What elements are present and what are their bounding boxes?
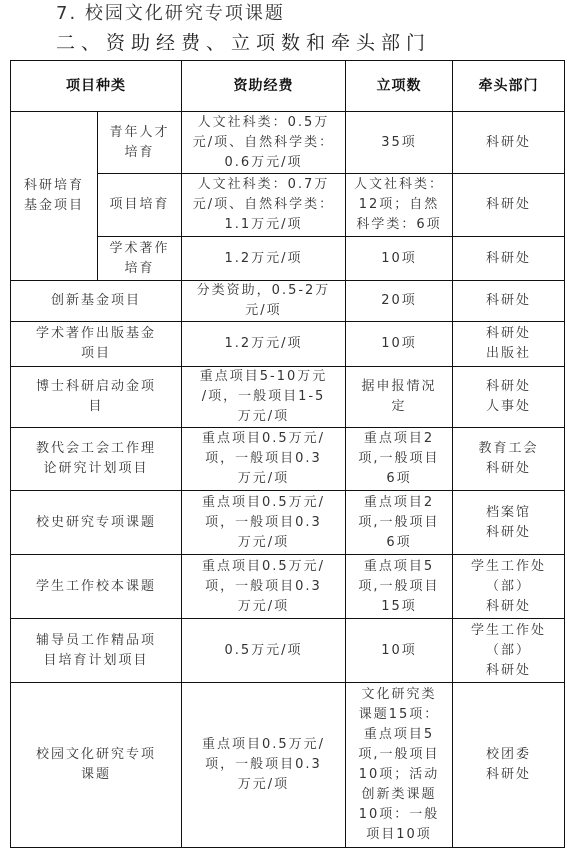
table-row: 科研培育 基金项目 青年人才 培育 人文社科类：0.5万 元/项、自然科学类： … [11, 112, 565, 174]
previous-item-heading: 7. 校园文化研究专项课题 [56, 2, 285, 26]
type-cell: 辅导员工作精品项 目培育计划项目 [11, 619, 182, 683]
funding-cell: 人文社科类：0.5万 元/项、自然科学类： 0.6万元/项 [182, 112, 346, 174]
table-row: 教代会工会工作理 论研究计划项目 重点项目0.5万元/ 项，一般项目0.3 万元… [11, 428, 565, 491]
count-cell: 10项 [346, 322, 453, 367]
table-row: 学术著作出版基金 项目 1.2万元/项 10项 科研处 出版社 [11, 322, 565, 367]
dept-cell: 学生工作处 （部） 科研处 [453, 619, 565, 683]
table-row: 创新基金项目 分类资助，0.5-2万 元/项 20项 科研处 [11, 281, 565, 322]
dept-cell: 科研处 [453, 281, 565, 322]
type-cell: 教代会工会工作理 论研究计划项目 [11, 428, 182, 491]
count-cell: 文化研究类 课题15项： 重点项目5 项,一般项目 10项；活动 创新类课题 1… [346, 683, 453, 848]
funding-cell: 重点项目5-10万元 /项，一般项目1-5 万元/项 [182, 367, 346, 428]
header-dept: 牵头部门 [453, 61, 565, 112]
table-row: 校史研究专项课题 重点项目0.5万元/ 项，一般项目0.3 万元/项 重点项目2… [11, 491, 565, 555]
dept-cell: 科研处 人事处 [453, 367, 565, 428]
sub-type-cell: 学术著作 培育 [98, 237, 182, 281]
funding-cell: 重点项目0.5万元/ 项，一般项目0.3 万元/项 [182, 491, 346, 555]
funding-cell: 1.2万元/项 [182, 237, 346, 281]
table-row: 博士科研启动金项 目 重点项目5-10万元 /项，一般项目1-5 万元/项 据申… [11, 367, 565, 428]
header-type: 项目种类 [11, 61, 182, 112]
dept-cell: 校团委 科研处 [453, 683, 565, 848]
type-cell: 校史研究专项课题 [11, 491, 182, 555]
header-row: 项目种类 资助经费 立项数 牵头部门 [11, 61, 565, 112]
dept-cell: 教育工会 科研处 [453, 428, 565, 491]
count-cell: 重点项目2 项,一般项目 6项 [346, 491, 453, 555]
header-funding: 资助经费 [182, 61, 346, 112]
dept-cell: 科研处 [453, 112, 565, 174]
funding-cell: 人文社科类：0.7万 元/项、自然科学类： 1.1万元/项 [182, 174, 346, 237]
group-type-cell: 科研培育 基金项目 [11, 112, 98, 281]
type-cell: 校园文化研究专项 课题 [11, 683, 182, 848]
table-row: 辅导员工作精品项 目培育计划项目 0.5万元/项 10项 学生工作处 （部） 科… [11, 619, 565, 683]
funding-cell: 重点项目0.5万元/ 项，一般项目0.3 万元/项 [182, 683, 346, 848]
type-cell: 学术著作出版基金 项目 [11, 322, 182, 367]
count-cell: 人文社科类： 12项；自然 科学类：6项 [346, 174, 453, 237]
funding-cell: 0.5万元/项 [182, 619, 346, 683]
sub-type-cell: 项目培育 [98, 174, 182, 237]
type-cell: 学生工作校本课题 [11, 555, 182, 619]
count-cell: 重点项目5 项,一般项目 15项 [346, 555, 453, 619]
table-row: 校园文化研究专项 课题 重点项目0.5万元/ 项，一般项目0.3 万元/项 文化… [11, 683, 565, 848]
funding-table: 项目种类 资助经费 立项数 牵头部门 科研培育 基金项目 青年人才 培育 人文社… [10, 60, 565, 848]
type-cell: 创新基金项目 [11, 281, 182, 322]
dept-cell: 档案馆 科研处 [453, 491, 565, 555]
dept-cell: 学生工作处 （部） 科研处 [453, 555, 565, 619]
count-cell: 据申报情况 定 [346, 367, 453, 428]
sub-type-cell: 青年人才 培育 [98, 112, 182, 174]
funding-cell: 分类资助，0.5-2万 元/项 [182, 281, 346, 322]
funding-cell: 1.2万元/项 [182, 322, 346, 367]
header-count: 立项数 [346, 61, 453, 112]
dept-cell: 科研处 [453, 237, 565, 281]
count-cell: 35项 [346, 112, 453, 174]
count-cell: 重点项目2 项,一般项目 6项 [346, 428, 453, 491]
dept-cell: 科研处 出版社 [453, 322, 565, 367]
count-cell: 10项 [346, 237, 453, 281]
funding-cell: 重点项目0.5万元/ 项，一般项目0.3 万元/项 [182, 555, 346, 619]
dept-cell: 科研处 [453, 174, 565, 237]
table-row: 学生工作校本课题 重点项目0.5万元/ 项，一般项目0.3 万元/项 重点项目5… [11, 555, 565, 619]
type-cell: 博士科研启动金项 目 [11, 367, 182, 428]
section-heading: 二、资助经费、立项数和牵头部门 [56, 30, 431, 56]
count-cell: 10项 [346, 619, 453, 683]
count-cell: 20项 [346, 281, 453, 322]
funding-cell: 重点项目0.5万元/ 项，一般项目0.3 万元/项 [182, 428, 346, 491]
